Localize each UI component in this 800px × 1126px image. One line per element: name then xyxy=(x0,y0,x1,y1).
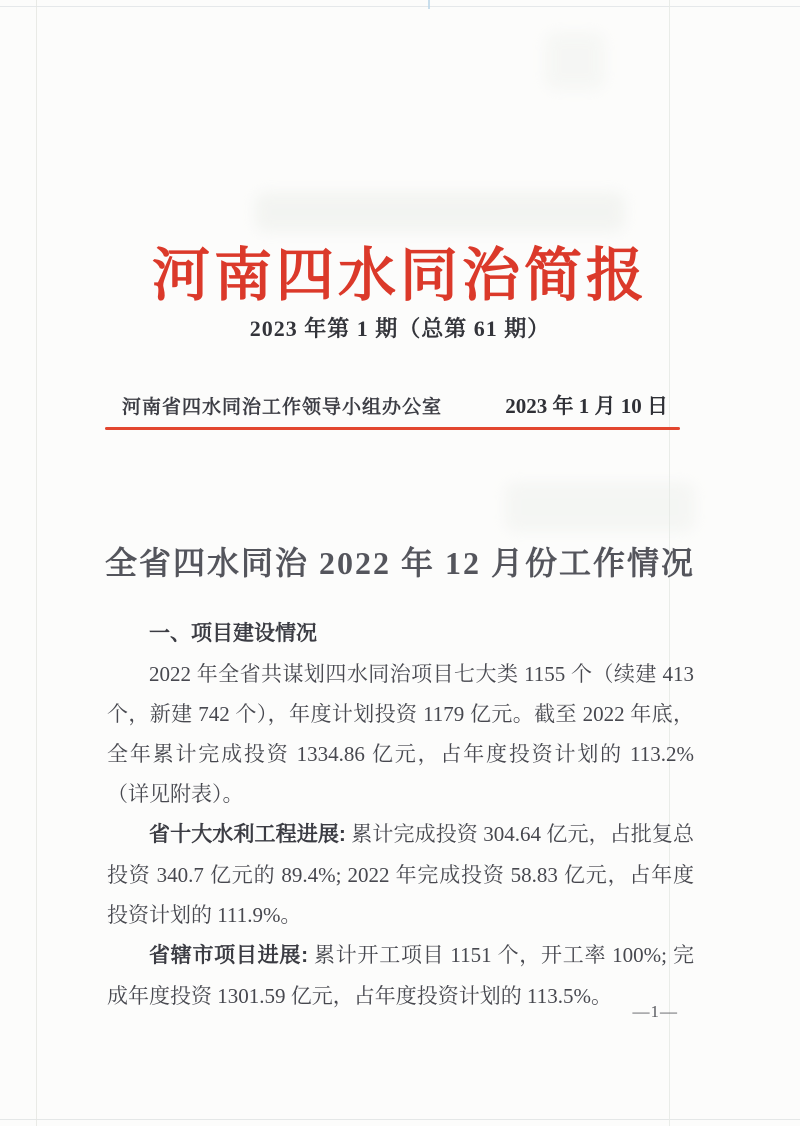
page-number: —1— xyxy=(633,1002,679,1022)
issue-number-line: 2023 年第 1 期（总第 61 期） xyxy=(0,312,800,343)
paragraph-lead: 省十大水利工程进展: xyxy=(149,823,346,846)
bleed-through-artifact xyxy=(505,482,695,532)
issuing-office: 河南省四水同治工作领导小组办公室 xyxy=(122,392,442,419)
scan-top-edge-line xyxy=(0,6,800,7)
scanned-document-page: 河南四水同治简报 2023 年第 1 期（总第 61 期） 河南省四水同治工作领… xyxy=(0,0,800,1126)
issue-date: 2023 年 1 月 10 日 xyxy=(505,390,668,420)
bleed-through-artifact xyxy=(255,192,625,232)
bleed-through-artifact xyxy=(545,32,605,90)
paragraph-lead: 省辖市项目进展: xyxy=(149,944,308,967)
paragraph: 省十大水利工程进展: 累计完成投资 304.64 亿元，占批复总投资 340.7… xyxy=(107,814,694,935)
paragraph: 省辖市项目进展: 累计开工项目 1151 个，开工率 100%; 完成年度投资 … xyxy=(107,935,694,1016)
article-title: 全省四水同治 2022 年 12 月份工作情况 xyxy=(0,538,800,584)
scan-registration-mark xyxy=(428,0,430,9)
scan-bottom-edge-line xyxy=(0,1119,800,1120)
masthead-divider-rule xyxy=(105,427,680,430)
paragraph: 2022 年全省共谋划四水同治项目七大类 1155 个（续建 413 个，新建 … xyxy=(107,654,694,814)
masthead-meta-row: 河南省四水同治工作领导小组办公室 2023 年 1 月 10 日 xyxy=(122,390,668,420)
section-heading: 一、项目建设情况 xyxy=(107,614,694,654)
article-body: 一、项目建设情况 2022 年全省共谋划四水同治项目七大类 1155 个（续建 … xyxy=(107,614,694,1016)
masthead-title: 河南四水同治简报 xyxy=(0,228,800,312)
paragraph-text: 2022 年全省共谋划四水同治项目七大类 1155 个（续建 413 个，新建 … xyxy=(107,662,694,806)
